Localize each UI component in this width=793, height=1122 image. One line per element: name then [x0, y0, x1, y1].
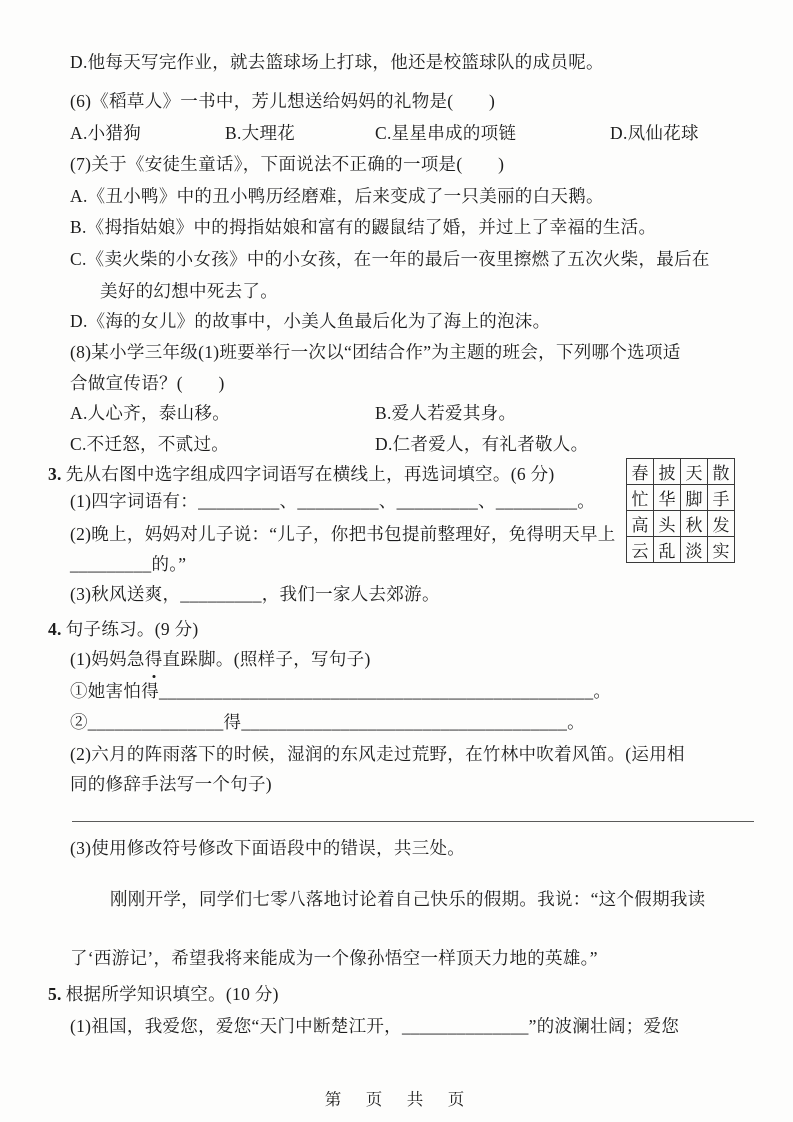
- q2-sub6-option-b: B.大理花: [225, 120, 295, 147]
- grid-row: 云 乱 淡 实: [627, 537, 735, 563]
- q4-item1-pre: (1)妈妈急: [70, 649, 145, 669]
- grid-cell: 实: [708, 537, 735, 563]
- grid-cell: 天: [681, 459, 708, 485]
- page-footer: 第 页 共 页: [0, 1086, 793, 1110]
- grid-cell: 淡: [681, 537, 708, 563]
- q2-sub8-option-d: D.仁者爱人，有礼者敬人。: [375, 431, 588, 458]
- test-paper-page: D.他每天写完作业，就去篮球场上打球，他还是校篮球队的成员呢。 (6)《稻草人》…: [0, 0, 793, 1122]
- grid-cell: 发: [708, 511, 735, 537]
- grid-cell: 乱: [654, 537, 681, 563]
- q2-sub7-option-c-line1: C.《卖火柴的小女孩》中的小女孩，在一年的最后一夜里擦燃了五次火柴，最后在: [70, 246, 710, 273]
- q3-number: 3.: [48, 464, 62, 484]
- q2-sub7-option-d: D.《海的女儿》的故事中，小美人鱼最后化为了海上的泡沫。: [70, 308, 550, 335]
- q2-sub7-stem: (7)关于《安徒生童话》，下面说法不正确的一项是( ): [70, 151, 504, 178]
- q3-item2-line2: _________的。”: [70, 551, 186, 578]
- grid-cell: 秋: [681, 511, 708, 537]
- q3-item3: (3)秋风送爽，_________，我们一家人去郊游。: [70, 581, 440, 608]
- q5-title: 根据所学知识填空。(10 分): [66, 984, 279, 1004]
- q2-sub7-option-c-line2: 美好的幻想中死去了。: [100, 278, 278, 305]
- q4-sub2: ②_______________得_______________________…: [70, 709, 585, 736]
- q5-heading: 5.根据所学知识填空。(10 分): [48, 981, 279, 1008]
- q4-passage-line2: 了‘西游记’，希望我将来能成为一个像孙悟空一样顶天力地的英雄。”: [70, 945, 598, 972]
- grid-cell: 华: [654, 485, 681, 511]
- answer-blank-rule: [72, 821, 754, 822]
- q3-character-grid: 春 披 天 散 忙 华 脚 手 高 头 秋 发 云 乱 淡 实: [626, 458, 735, 563]
- grid-row: 春 披 天 散: [627, 459, 735, 485]
- grid-cell: 脚: [681, 485, 708, 511]
- q4-title: 句子练习。(9 分): [66, 619, 199, 639]
- q2-sub8-option-b: B.爱人若爱其身。: [375, 400, 516, 427]
- grid-cell: 散: [708, 459, 735, 485]
- q3-heading: 3.先从右图中选字组成四字词语写在横线上，再选词填空。(6 分): [48, 461, 555, 488]
- grid-row: 高 头 秋 发: [627, 511, 735, 537]
- q4-sub1: ①她害怕得___________________________________…: [70, 678, 611, 705]
- q2-sub7-option-a: A.《丑小鸭》中的丑小鸭历经磨难，后来变成了一只美丽的白天鹅。: [70, 183, 604, 210]
- q2-sub7-option-b: B.《拇指姑娘》中的拇指姑娘和富有的鼹鼠结了婚，并过上了幸福的生活。: [70, 214, 656, 241]
- q5-number: 5.: [48, 984, 62, 1004]
- q2-sub8-stem-line2: 合做宣传语？( ): [70, 370, 225, 397]
- q4-item2-line2: 同的修辞手法写一个句子): [70, 771, 272, 798]
- q3-item1: (1)四字词语有：_________、_________、_________、_…: [70, 488, 595, 515]
- q2-sub6-option-d: D.凤仙花球: [610, 120, 699, 147]
- grid-cell: 云: [627, 537, 654, 563]
- q2-sub8-option-a: A.人心齐，泰山移。: [70, 400, 230, 427]
- q2-sub6-option-a: A.小猎狗: [70, 120, 141, 147]
- grid-cell: 春: [627, 459, 654, 485]
- q4-item1-post: 直跺脚。(照样子，写句子): [163, 649, 371, 669]
- q2-sub8-option-c: C.不迁怒，不贰过。: [70, 431, 229, 458]
- grid-cell: 手: [708, 485, 735, 511]
- q4-number: 4.: [48, 619, 62, 639]
- grid-cell: 高: [627, 511, 654, 537]
- q4-heading: 4.句子练习。(9 分): [48, 616, 199, 643]
- grid-cell: 忙: [627, 485, 654, 511]
- grid-cell: 披: [654, 459, 681, 485]
- q5-item1: (1)祖国，我爱您，爱您“天门中断楚江开，______________”的波澜壮…: [70, 1013, 679, 1040]
- q4-item2-line1: (2)六月的阵雨落下的时候，湿润的东风走过荒野，在竹林中吹着风笛。(运用相: [70, 741, 685, 768]
- q4-item1-emphasized-char: 得: [145, 646, 163, 673]
- q4-item3: (3)使用修改符号修改下面语段中的错误，共三处。: [70, 835, 465, 862]
- grid-cell: 头: [654, 511, 681, 537]
- q2-sub6-option-c: C.星星串成的项链: [375, 120, 516, 147]
- q2-prev-option-d: D.他每天写完作业，就去篮球场上打球，他还是校篮球队的成员呢。: [70, 49, 604, 76]
- q4-passage-line1: 刚刚开学，同学们七零八落地讨论着自己快乐的假期。我说：“这个假期我读: [110, 886, 705, 913]
- grid-row: 忙 华 脚 手: [627, 485, 735, 511]
- q3-title: 先从右图中选字组成四字词语写在横线上，再选词填空。(6 分): [66, 464, 555, 484]
- q3-item2-line1: (2)晚上，妈妈对儿子说：“儿子，你把书包提前整理好，免得明天早上: [70, 521, 616, 548]
- q4-item1: (1)妈妈急得直跺脚。(照样子，写句子): [70, 646, 371, 673]
- q2-sub8-stem-line1: (8)某小学三年级(1)班要举行一次以“团结合作”为主题的班会，下列哪个选项适: [70, 339, 681, 366]
- q2-sub6-stem: (6)《稻草人》一书中，芳儿想送给妈妈的礼物是( ): [70, 88, 495, 115]
